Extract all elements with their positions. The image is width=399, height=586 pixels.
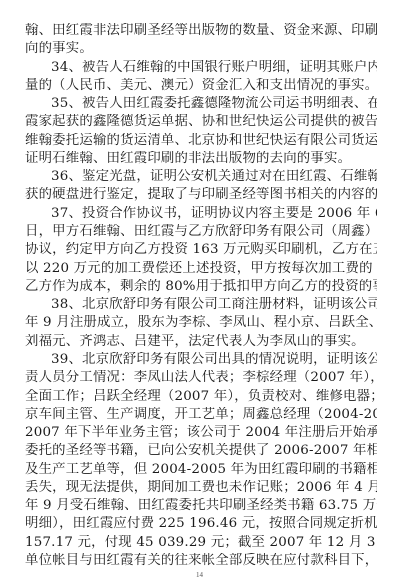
text-line: 向的事实。 <box>25 41 377 57</box>
text-line: 以 220 万元的加工费偿还上述投资，甲方按每次加工费的 20%付给 <box>25 261 377 277</box>
text-line: 翰、田红霞非法印刷圣经等出版物的数量、资金来源、印刷物去 <box>25 23 377 39</box>
text-line: 2007 年下半年业务主管；该公司于 2004 年注册后开始承印田红霞 <box>25 425 377 441</box>
paragraph-35-start: 35、被告人田红霞委托鑫德隆物流公司运书明细表、在田红 <box>51 96 377 112</box>
text-line: 责人员分工情况：李凤山法人代表；李棕经理（2007 年），负责 <box>25 370 377 386</box>
text-line: 刘福元、齐鸿志、吕建平，法定代表人为李凤山的事实。 <box>25 334 377 350</box>
text-line: 年 9 月受石维翰、田红霞委托共印刷圣经类书籍 63.75 万册（有 <box>25 498 377 514</box>
paragraph-34-start: 34、被告人石维翰的中国银行账户明细，证明其账户内有大 <box>51 60 377 76</box>
text-line: 维翰委托运输的货运清单、北京协和世纪快运有限公司货运单据， <box>25 133 377 149</box>
paragraph-37-start: 37、投资合作协议书，证明协议内容主要是 2006 年 6 月 21 <box>51 206 377 222</box>
text-line: 委托的圣经等书籍，已向公安机关提供了 2006-2007 年相关账目 <box>25 443 377 459</box>
text-line: 全面工作；吕跃全经理（2007 年），负责校对、维修电器；程小 <box>25 389 377 405</box>
paragraph-38-start: 38、北京欣舒印务有限公司工商注册材料，证明该公司于 2004 <box>51 297 377 313</box>
text-line: 获的硬盘进行鉴定，提取了与印刷圣经等图书相关的内容的事实。 <box>25 187 377 203</box>
text-line: 单位帐目与田红霞有关的往来帐全部反映在应付款科目下，总额 1 <box>25 553 377 569</box>
text-line: 量的（人民币、美元、澳元）资金汇入和支出情况的事实。 <box>25 78 377 94</box>
document-page: 翰、田红霞非法印刷圣经等出版物的数量、资金来源、印刷物去 向的事实。 34、被告… <box>0 0 399 586</box>
text-line: 丢失，现无法提供，期间加工费也未作记账；2006 年 4 月至 2007 <box>25 480 377 496</box>
text-line: 京车间主管、生产调度，开工艺单；周鑫总经理（2004-2007）， <box>25 407 377 423</box>
paragraph-39-start: 39、北京欣舒印务有限公司出具的情况说明，证明该公司负 <box>51 352 377 368</box>
text-line: 协议，约定甲方向乙方投资 163 万元购买印刷机，乙方在五年内 <box>25 242 377 258</box>
text-line: 及生产工艺单等，但 2004-2005 年为田红霞印刷的书籍相关资料 <box>25 462 377 478</box>
text-line: 年 9 月注册成立，股东为李棕、李凤山、程小京、吕跃全、周鑫、 <box>25 315 377 331</box>
text-line: 日，甲方石维翰、田红霞与乙方欣舒印务有限公司（周鑫）签订 <box>25 224 377 240</box>
text-line: 明细），田红霞应付费 225 196.46 元，按照合同规定折机器款 180 <box>25 516 377 532</box>
text-line: 乙方作为成本，剩余的 80%用于抵扣甲方向乙方的投资的事实。 <box>25 279 377 295</box>
text-line: 157.17 元，付现 45 039.29 元；截至 2007 年 12 月 3… <box>25 535 377 551</box>
paragraph-36-start: 36、鉴定光盘，证明公安机关通过对在田红霞、石维翰处起 <box>51 169 377 185</box>
text-line: 证明石维翰、田红霞印刷的非法出版物的去向的事实。 <box>25 151 377 167</box>
text-line: 霞家起获的鑫隆德货运单据、协和世纪快运公司提供的被告人石 <box>25 114 377 130</box>
page-number: 14 <box>0 571 399 579</box>
